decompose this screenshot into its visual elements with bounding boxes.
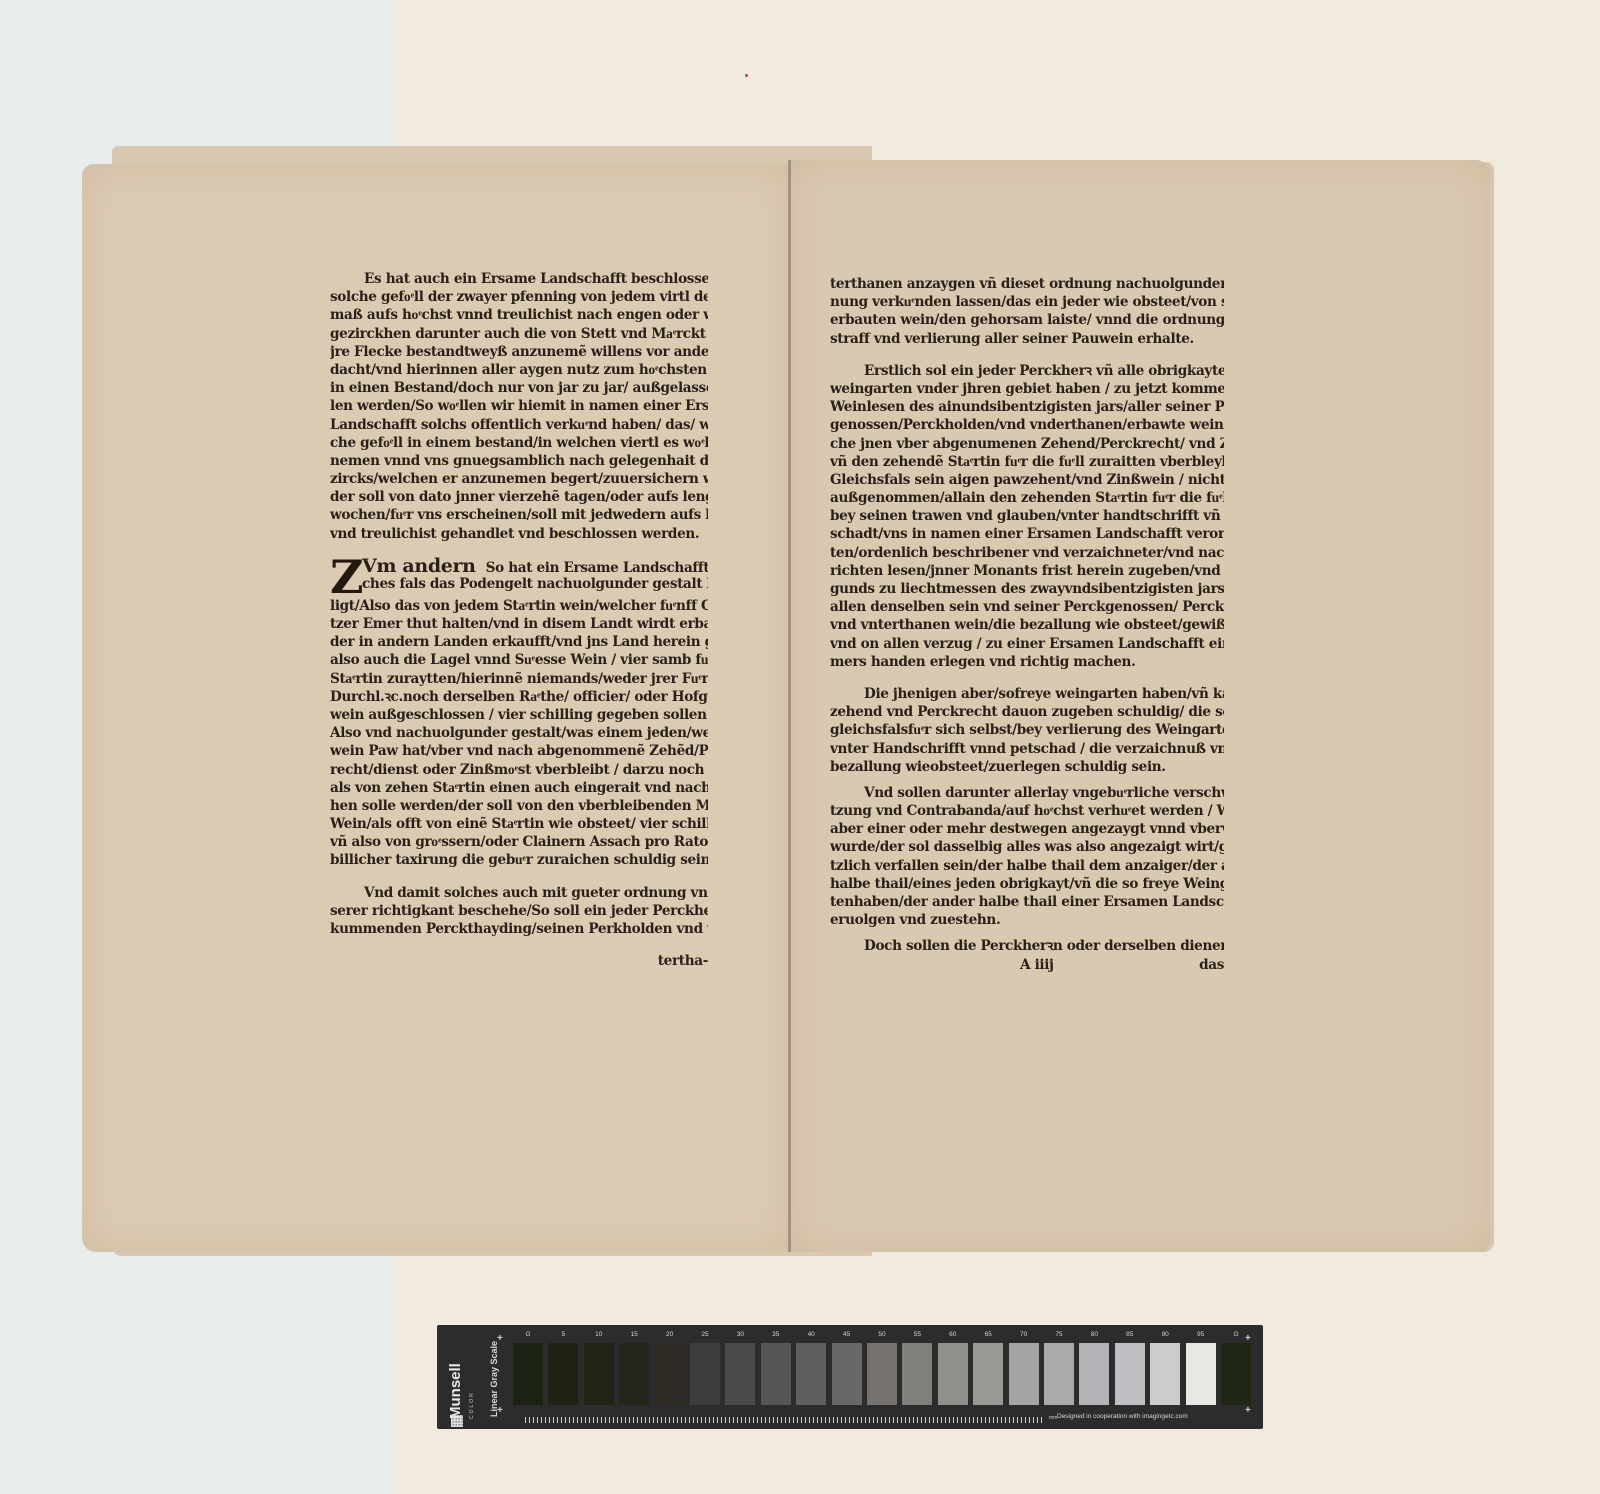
text-line: Die jhenigen aber/sofreye weingarten hab… [830,685,1224,703]
brand-sub: COLOR [469,1391,475,1419]
left-page-text: Es hat auch ein Ersame Landschafft besch… [330,270,708,970]
card-credit: Designed in cooperation with imagingetc.… [1057,1413,1188,1420]
gray-swatch [725,1343,755,1405]
text-line: zircks/welchen er anzunemen begert/zuuer… [330,470,708,488]
text-line: kummenden Perckthayding/seinen Perkholde… [330,920,708,938]
gray-swatch [1150,1343,1180,1405]
text-line: allen denselben sein vnd seiner Perckgen… [830,598,1224,616]
backdrop-mark [745,74,748,77]
text-line: vnd on allen verzug / zu einer Ersamen L… [830,635,1224,653]
text-line: mers handen erlegen vnd richtig machen. [830,653,1224,671]
gray-swatch [513,1343,543,1405]
swatch-label: 10 [584,1331,614,1338]
section-heading: Vm andern [362,557,476,575]
text-line: gezirckhen darunter auch die von Stett v… [330,325,708,343]
swatch-label: 95 [1186,1331,1216,1338]
text-line: vnd treulichist gehandlet vnd beschlosse… [330,525,708,543]
swatch-label: 85 [1115,1331,1145,1338]
swatch-label: 65 [973,1331,1003,1338]
catchword: das [1199,956,1224,974]
text-line: wein außgeschlossen / vier schilling geg… [330,706,708,724]
brand-name: Munsell [447,1363,464,1419]
text-line: solche gefoͤll der zwayer pfenning von j… [330,288,708,306]
text-line: tzung vnd Contrabanda/auf hoͤchst verhuͤ… [830,802,1224,820]
paragraph-zum-andern: Z Vm andernSo hat ein Ersame Landschafft… [330,557,708,870]
gray-swatch [938,1343,968,1405]
text-line: eruolgen vnd zuestehn. [830,911,1224,929]
text-line: ches fals das Podengelt nachuolgunder ge… [362,575,708,593]
gray-swatch [1079,1343,1109,1405]
text-line: Vnd sollen darunter allerlay vngebuͤrlic… [830,784,1224,802]
text-line: Vm andernSo hat ein Ersame Landschafft g… [362,557,708,575]
text-line: richten lesen/jnner Monants frist herein… [830,562,1224,580]
swatch-label: 55 [902,1331,932,1338]
text-line-rest: So hat ein Ersame Landschafft glei- [486,560,708,575]
munsell-gray-scale-card: Munsell COLOR Linear Gray Scale + + + + … [437,1325,1263,1429]
right-page-text: terthanen anzaygen vñ dieset ordnung nac… [830,275,1224,974]
paragraph: Die jhenigen aber/sofreye weingarten hab… [830,685,1224,776]
text-line: wein Paw hat/vber vnd nach abgenommenẽ Z… [330,742,708,760]
gray-swatch [796,1343,826,1405]
text-line: vñ den zehendẽ Staͤrtin fuͤr die fuͤll z… [830,453,1224,471]
text-line: billicher taxirung die gebuͤr zuraichen … [330,851,708,869]
text-line: straff vnd verlierung aller seiner Pauwe… [830,330,1224,348]
gray-swatch [832,1343,862,1405]
text-line: der in andern Landen erkaufft/vnd jns La… [330,633,708,651]
drop-cap: Z [330,557,360,597]
text-line: maß aufs hoͤchst vnnd treulichist nach e… [330,306,708,324]
swatch-label: 30 [725,1331,755,1338]
text-line: gleichsfalsfuͤr sich selbst/bey verlieru… [830,721,1224,739]
text-line: ligt/Also das von jedem Staͤrtin wein/we… [330,597,708,615]
text-line: che gefoͤll in einem bestand/in welchen … [330,434,708,452]
text-line: recht/dienst oder Zinßmoͤst vberbleibt /… [330,761,708,779]
paragraph: Es hat auch ein Ersame Landschafft besch… [330,270,708,543]
paragraph-body: ligt/Also das von jedem Staͤrtin wein/we… [330,597,708,870]
gray-swatch [619,1343,649,1405]
text-line: der soll von dato jnner vierzehẽ tagen/o… [330,488,708,506]
text-line: Durchl.ꝛc.noch derselben Raͤthe/ officie… [330,688,708,706]
text-line: Es hat auch ein Ersame Landschafft besch… [330,270,708,288]
text-line: Erstlich sol ein jeder Perckherꝛ vñ alle… [830,362,1224,380]
gray-swatch [761,1343,791,1405]
swatch-label: 25 [690,1331,720,1338]
gray-swatch [690,1343,720,1405]
paragraph: Vnd sollen darunter allerlay vngebuͤrlic… [830,784,1224,930]
swatch-label: G [1221,1331,1251,1338]
swatch-label: 45 [832,1331,862,1338]
text-line: wochen/fuͤr vns erscheinen/soll mit jedw… [330,506,708,524]
text-line: vñ also von groͤssern/oder Clainern Assa… [330,833,708,851]
gray-swatch [655,1343,685,1405]
text-line: dacht/vnd hierinnen aller aygen nutz zum… [330,361,708,379]
swatch-label: 15 [619,1331,649,1338]
text-line: Also vnd nachuolgunder gestalt/was einem… [330,724,708,742]
text-line: nemen vnnd vns gnuegsamblich nach gelege… [330,452,708,470]
text-line: tenhaben/der ander halbe thail einer Ers… [830,893,1224,911]
registration-mark-icon: + [497,1405,503,1416]
swatch-label: 90 [1150,1331,1180,1338]
text-line: Weinlesen des ainundsibentzigisten jars/… [830,398,1224,416]
paragraph: Erstlich sol ein jeder Perckherꝛ vñ alle… [830,362,1224,671]
swatch-label: 40 [796,1331,826,1338]
text-line: gunds zu liechtmessen des zwayvndsibentz… [830,580,1224,598]
text-line: zehend vnd Perckrecht dauon zugeben schu… [830,703,1224,721]
book-spine [788,160,791,1252]
text-line: nung verkuͤnden lassen/das ein jeder wie… [830,293,1224,311]
text-line: als von zehen Staͤrtin einen auch einger… [330,779,708,797]
text-line: also auch die Lagel vnnd Suͤesse Wein / … [330,651,708,669]
text-line: hen solle werden/der soll von den vberbl… [330,797,708,815]
text-line: Staͤrtin zuraytten/hierinnẽ niemands/wed… [330,670,708,688]
text-line: che jnen vber abgenumenen Zehend/Perckre… [830,435,1224,453]
swatch-label: 5 [548,1331,578,1338]
swatch-label: 60 [938,1331,968,1338]
text-line: tzer Emer thut halten/vnd in disem Landt… [330,615,708,633]
text-line: Doch sollen die Perckherꝛn oder derselbe… [830,937,1224,955]
text-line: bezallung wieobsteet/zuerlegen schuldig … [830,758,1224,776]
swatch-label: 50 [867,1331,897,1338]
text-line: aber einer oder mehr destwegen angezaygt… [830,820,1224,838]
text-line: ten/ordenlich beschribener vnd verzaichn… [830,544,1224,562]
text-line: in einen Bestand/doch nur von jar zu jar… [330,379,708,397]
text-line: erbauten wein/den gehorsam laiste/ vnnd … [830,311,1224,329]
swatch-label: G [513,1331,543,1338]
text-line: jre Flecke bestandtweyß anzunemẽ willens… [330,343,708,361]
text-line: weingarten vnder jhren gebiet haben / zu… [830,380,1224,398]
text-line: Vnd damit solches auch mit gueter ordnun… [330,884,708,902]
text-line: vnd vnterthanen wein/die bezallung wie o… [830,616,1224,634]
text-line: Landschafft solchs offentlich verkuͤnd h… [330,416,708,434]
gray-swatch [548,1343,578,1405]
text-line: halbe thail/eines jeden obrigkayt/vñ die… [830,875,1224,893]
text-line: len werden/So woͤllen wir hiemit in name… [330,397,708,415]
paragraph: Vnd damit solches auch mit gueter ordnun… [330,884,708,939]
text-line: genossen/Perckholden/vnd vnderthanen/erb… [830,416,1224,434]
text-line: vnter Handschrifft vnnd petschad / die v… [830,740,1224,758]
mm-ruler [525,1417,1045,1423]
paragraph: terthanen anzaygen vñ dieset ordnung nac… [830,275,1224,348]
gray-swatch [1044,1343,1074,1405]
swatch-label: 80 [1079,1331,1109,1338]
text-line: schadt/vns in namen einer Ersamen Landsc… [830,525,1224,543]
text-line: bey seinen trawen vnd glauben/vnter hand… [830,507,1224,525]
swatch-label: 35 [761,1331,791,1338]
catchword: tertha- [330,952,708,970]
text-line: wurde/der sol dasselbig alles was also a… [830,838,1224,856]
card-brand: Munsell COLOR [443,1333,483,1425]
text-line: tzlich verfallen sein/der halbe thail de… [830,857,1224,875]
gray-swatch [867,1343,897,1405]
gray-swatch [973,1343,1003,1405]
gray-swatch [902,1343,932,1405]
text-line: Gleichsfals sein aigen pawzehent/vnd Zin… [830,471,1224,489]
open-book: Es hat auch ein Ersame Landschafft besch… [82,142,1500,1260]
paragraph: Doch sollen die Perckherꝛn oder derselbe… [830,937,1224,955]
gray-swatch [584,1343,614,1405]
gray-swatch [1115,1343,1145,1405]
text-line: außgenommen/allain den zehenden Staͤrtin… [830,489,1224,507]
gray-swatches: G5101520253035404550556065707580859095G [513,1331,1253,1407]
text-line: terthanen anzaygen vñ dieset ordnung nac… [830,275,1224,293]
registration-mark-icon: + [497,1333,503,1344]
gray-swatch [1186,1343,1216,1405]
gray-swatch [1009,1343,1039,1405]
swatch-label: 20 [655,1331,685,1338]
page-footer: A iiij das [830,956,1224,974]
text-line: Wein/als offt von einẽ Staͤrtin wie obst… [330,815,708,833]
swatch-label: 75 [1044,1331,1074,1338]
section-heading-row: Z Vm andernSo hat ein Ersame Landschafft… [330,557,708,597]
swatch-label: 70 [1009,1331,1039,1338]
gray-swatch [1221,1343,1251,1405]
text-line: serer richtigkant beschehe/So soll ein j… [330,902,708,920]
signature-mark: A iiij [1020,956,1054,974]
